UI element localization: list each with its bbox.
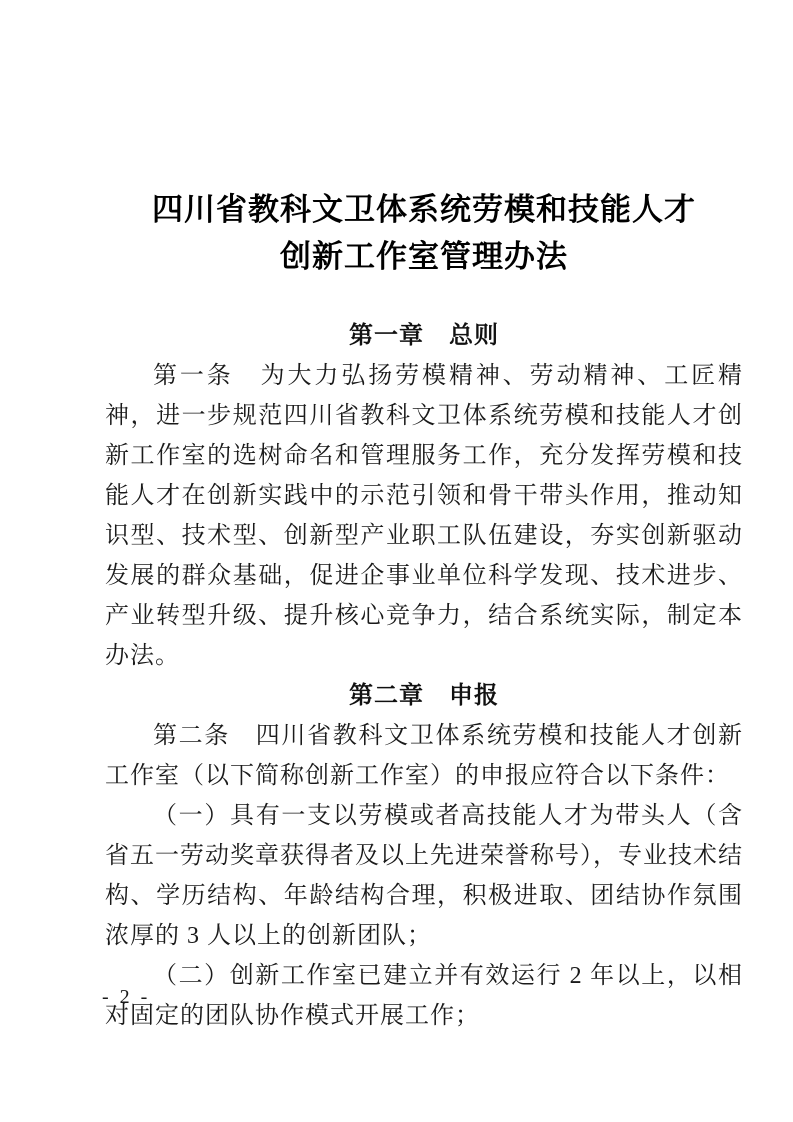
document-page: 四川省教科文卫体系统劳模和技能人才 创新工作室管理办法 第一章 总则 第一条 为… bbox=[0, 0, 793, 1122]
article-2-paragraph: 第二条 四川省教科文卫体系统劳模和技能人才创新工作室（以下简称创新工作室）的申报… bbox=[105, 716, 743, 796]
page-number: - 2 - bbox=[102, 986, 150, 1009]
article-1-paragraph: 第一条 为大力弘扬劳模精神、劳动精神、工匠精神，进一步规范四川省教科文卫体系统劳… bbox=[105, 356, 743, 676]
condition-2-paragraph: （二）创新工作室已建立并有效运行 2 年以上，以相对固定的团队协作模式开展工作； bbox=[105, 956, 743, 1036]
document-title-line-1: 四川省教科文卫体系统劳模和技能人才 bbox=[105, 186, 743, 233]
document-title-line-2: 创新工作室管理办法 bbox=[105, 233, 743, 280]
chapter-2-heading: 第二章 申报 bbox=[105, 676, 743, 716]
condition-1-paragraph: （一）具有一支以劳模或者高技能人才为带头人（含省五一劳动奖章获得者及以上先进荣誉… bbox=[105, 796, 743, 956]
document-title: 四川省教科文卫体系统劳模和技能人才 创新工作室管理办法 bbox=[105, 186, 743, 280]
chapter-1-heading: 第一章 总则 bbox=[105, 316, 743, 356]
